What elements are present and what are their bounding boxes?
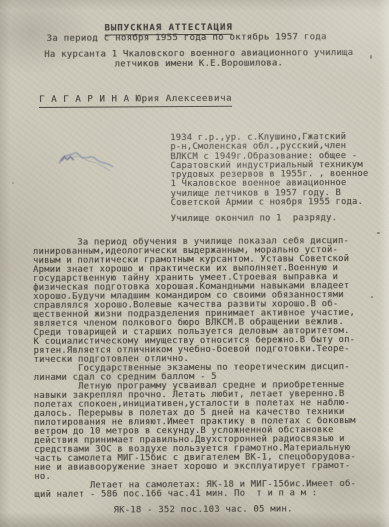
paper-speck (12, 182, 14, 184)
graduation-grade-line: Училище окончил по 1 разряду. (171, 213, 337, 224)
cadet-name: Г А Г А Р И Н А Юрия Алексеевича (39, 93, 232, 108)
text-line: щий налет - 586 пос.166 час.41 мин. По т… (34, 489, 386, 500)
biography-block: 1934 г.р.,ур. с.Клушино,Гжатскийр-н,Смол… (170, 133, 384, 209)
attestation-body: За период обучения в училище показал себ… (33, 237, 387, 500)
flight-totals-line: ЯК-18 - 352 пос.103 час. 05 мин. (113, 504, 292, 515)
addressee-block: На курсанта 1 Чкаловского военного авиац… (0, 49, 389, 70)
paper-speck (377, 232, 380, 234)
period-line: За период с ноября 1955 года по октябрь … (0, 32, 375, 44)
text-line: Советской Армии с ноября 1955 года. (171, 198, 385, 209)
name-row: Г А Г А Р И Н А Юрия Алексеевича (39, 93, 232, 105)
typewritten-content: ВЫПУСКНАЯ АТТЕСТАЦИЯ За период с ноября … (0, 0, 389, 527)
paper-speck (370, 55, 372, 59)
paper-speck (371, 296, 373, 298)
handwritten-ink-mark (55, 144, 121, 180)
document-page: ВЫПУСКНАЯ АТТЕСТАЦИЯ За период с ноября … (0, 0, 389, 527)
